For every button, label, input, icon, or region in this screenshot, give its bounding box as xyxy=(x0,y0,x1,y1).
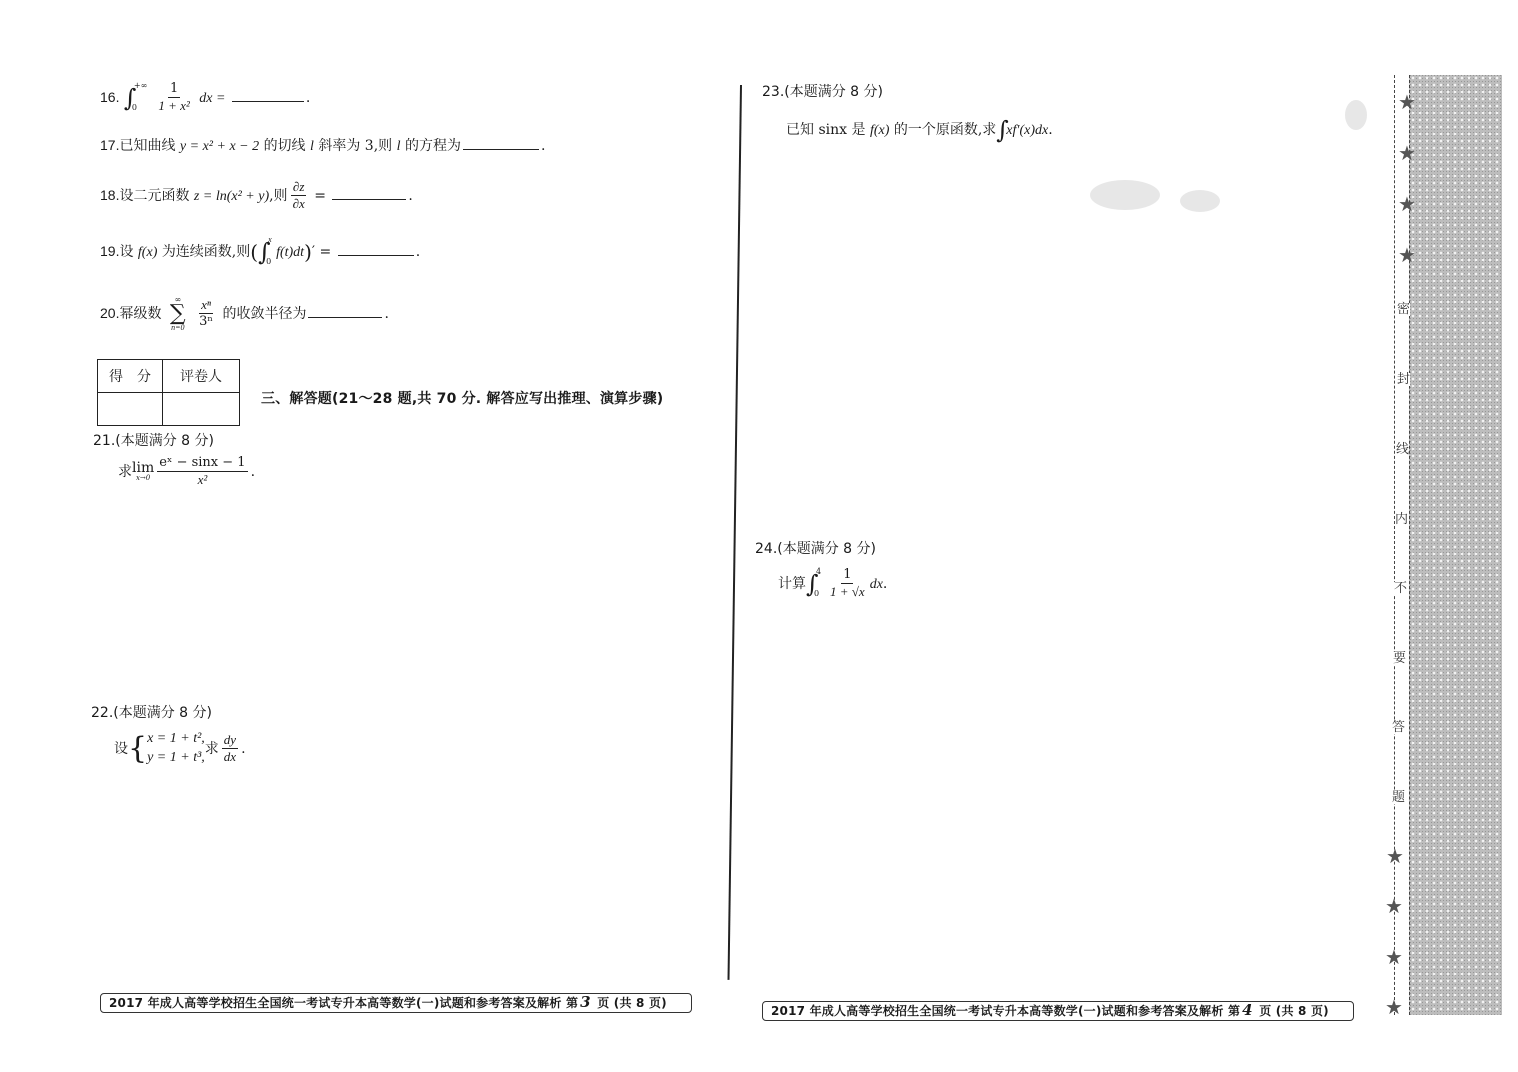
seal-line xyxy=(1394,75,1395,1015)
fraction: 1 1 + x² xyxy=(156,82,191,114)
answer-blank[interactable] xyxy=(232,100,304,102)
scan-artifact xyxy=(1345,100,1367,130)
question-22-body: 设{ x = 1 + t², y = 1 + t³, 求 dy dx . xyxy=(114,730,246,768)
summation: ∞ ∑ n=0 xyxy=(170,296,186,332)
integral-sign: ∫+∞0 xyxy=(124,86,138,110)
partial-derivative: ∂z ∂x xyxy=(291,180,307,212)
scan-artifact xyxy=(1180,190,1220,212)
star-icon: ★ xyxy=(1385,997,1403,1017)
star-icon: ★ xyxy=(1398,194,1416,214)
question-24-header: 24.(本题满分 8 分) xyxy=(755,542,876,556)
page-divider xyxy=(728,85,742,980)
seal-char: 题 xyxy=(1392,791,1405,804)
seal-char: 不 xyxy=(1394,582,1407,595)
section-title: 三、解答题(21～28 题,共 70 分. 解答应写出推理、演算步骤) xyxy=(261,388,663,408)
parametric-system: x = 1 + t², y = 1 + t³, xyxy=(147,730,205,768)
question-20: 20.幂级数 ∞ ∑ n=0 xⁿ 3ⁿ 的收敛半径为. xyxy=(100,296,389,332)
question-24-body: 计算∫40 1 1 + √x dx. xyxy=(778,568,887,600)
security-pattern xyxy=(1409,75,1502,1015)
limit: limx→0 xyxy=(132,461,154,482)
page-footer-4: 2017 年成人高等学校招生全国统一考试专升本高等数学(一)试题和参考答案及解析… xyxy=(762,1001,1354,1021)
scan-artifact xyxy=(1090,180,1160,210)
answer-blank[interactable] xyxy=(308,316,382,318)
page-number: 3 xyxy=(580,993,591,1011)
question-22-header: 22.(本题满分 8 分) xyxy=(91,706,212,720)
star-icon: ★ xyxy=(1385,947,1403,967)
star-icon: ★ xyxy=(1398,92,1416,112)
integral-sign: ∫ xyxy=(996,118,1006,142)
page-number: 4 xyxy=(1242,1001,1253,1019)
score-table: 得 分 评卷人 xyxy=(97,359,240,426)
answer-blank[interactable] xyxy=(338,254,414,256)
answer-blank[interactable] xyxy=(463,148,539,150)
star-icon: ★ xyxy=(1398,245,1416,265)
score-cell[interactable] xyxy=(98,393,163,426)
answer-blank[interactable] xyxy=(332,198,406,200)
score-header: 得 分 xyxy=(98,360,163,393)
question-18: 18.设二元函数 z = ln(x² + y),则 ∂z ∂x = . xyxy=(100,180,413,212)
seal-char: 要 xyxy=(1393,652,1406,665)
seal-char: 答 xyxy=(1392,721,1405,734)
question-16: 16. ∫+∞0 1 1 + x² dx = . xyxy=(100,82,310,114)
integral-sign: ∫x0 xyxy=(258,240,272,264)
seal-char: 封 xyxy=(1397,373,1410,386)
star-icon: ★ xyxy=(1398,143,1416,163)
question-21-header: 21.(本题满分 8 分) xyxy=(93,434,214,448)
question-number: 16. xyxy=(100,89,119,105)
question-23-header: 23.(本题满分 8 分) xyxy=(762,85,883,99)
seal-char: 密 xyxy=(1397,303,1410,316)
question-17: 17.已知曲线 y = x² + x − 2 的切线 l 斜率为 3,则 l 的… xyxy=(100,138,545,154)
integral-sign: ∫40 xyxy=(806,572,820,596)
question-23-body: 已知 sinx 是 f(x) 的一个原函数,求∫xf′(x)dx. xyxy=(786,118,1053,142)
grader-cell[interactable] xyxy=(163,393,240,426)
seal-char: 线 xyxy=(1396,443,1409,456)
seal-char: 内 xyxy=(1395,513,1408,526)
star-icon: ★ xyxy=(1385,896,1403,916)
star-icon: ★ xyxy=(1386,846,1404,866)
grader-header: 评卷人 xyxy=(163,360,240,393)
question-19: 19.设 f(x) 为连续函数,则(∫x0f(t)dt)′ = . xyxy=(100,240,420,264)
page-footer-3: 2017 年成人高等学校招生全国统一考试专升本高等数学(一)试题和参考答案及解析… xyxy=(100,993,692,1013)
question-21-body: 求limx→0 eˣ − sinx − 1 x² . xyxy=(118,456,255,488)
